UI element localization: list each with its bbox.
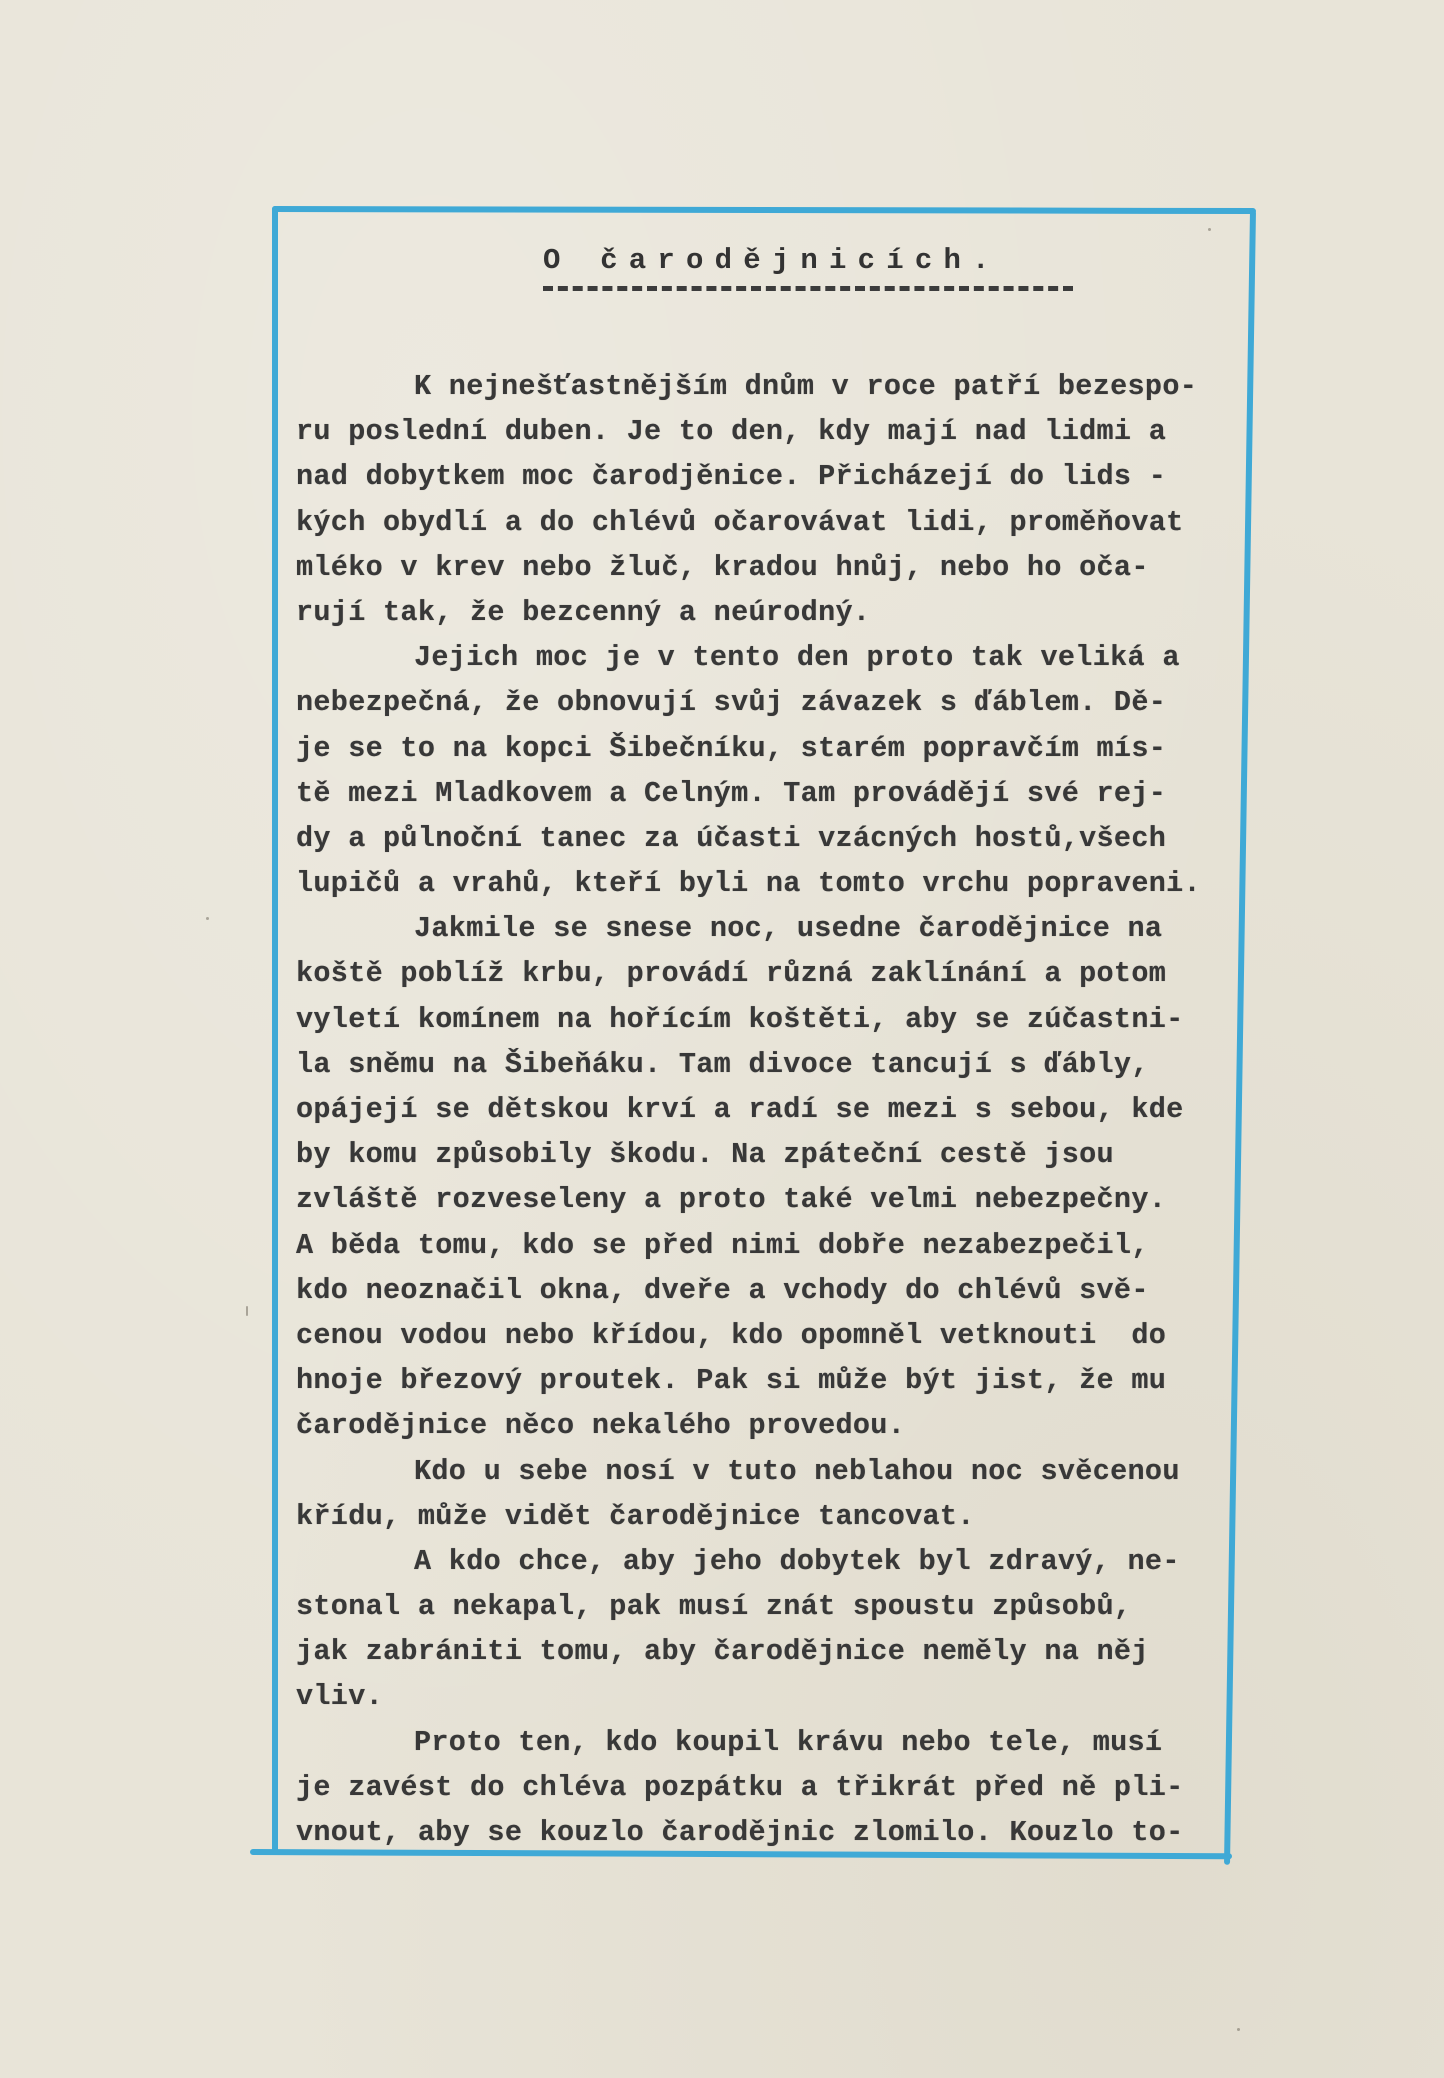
text-line: tě mezi Mladkovem a Celným. Tam prováděj… [296,771,1256,816]
text-line: Jejich moc je v tento den proto tak veli… [296,635,1256,680]
text-line: cenou vodou nebo křídou, kdo opomněl vet… [296,1313,1256,1358]
text-line: la sněmu na Šibeňáku. Tam divoce tancují… [296,1042,1256,1087]
text-line: dy a půlnoční tanec za účasti vzácných h… [296,816,1256,861]
paper-speck [206,917,209,920]
text-line: A běda tomu, kdo se před nimi dobře neza… [296,1223,1256,1268]
document-title: O čarodějnicích. [543,244,1001,277]
document-body: K nejnešťastnějším dnům v roce patří bez… [296,364,1256,1855]
paper-speck [246,1306,248,1316]
blue-frame-left-edge [272,206,278,1854]
text-line: lupičů a vrahů, kteří byli na tomto vrch… [296,861,1256,906]
text-line: nebezpečná, že obnovují svůj závazek s ď… [296,680,1256,725]
text-line: stonal a nekapal, pak musí znát spoustu … [296,1584,1256,1629]
text-line: rují tak, že bezcenný a neúrodný. [296,590,1256,635]
text-line: Proto ten, kdo koupil krávu nebo tele, m… [296,1720,1256,1765]
text-line: kých obydlí a do chlévů očarovávat lidi,… [296,500,1256,545]
text-line: Kdo u sebe nosí v tuto neblahou noc svěc… [296,1449,1256,1494]
text-line: čarodějnice něco nekalého provedou. [296,1403,1256,1448]
text-line: kdo neoznačil okna, dveře a vchody do ch… [296,1268,1256,1313]
text-line: mléko v krev nebo žluč, kradou hnůj, neb… [296,545,1256,590]
text-line: je se to na kopci Šibečníku, starém popr… [296,726,1256,771]
text-line: vyletí komínem na hořícím koštěti, aby s… [296,997,1256,1042]
text-line: nad dobytkem moc čarodjěnice. Přicházejí… [296,454,1256,499]
paper-speck [1208,228,1211,231]
blue-frame-top-edge [272,206,1256,214]
text-line: A kdo chce, aby jeho dobytek byl zdravý,… [296,1539,1256,1584]
text-line: hnoje březový proutek. Pak si může být j… [296,1358,1256,1403]
text-line: ru poslední duben. Je to den, kdy mají n… [296,409,1256,454]
text-line: vnout, aby se kouzlo čarodějnic zlomilo.… [296,1810,1256,1855]
text-line: vliv. [296,1674,1256,1719]
text-line: Jakmile se snese noc, usedne čarodějnice… [296,906,1256,951]
text-line: zvláště rozveseleny a proto také velmi n… [296,1177,1256,1222]
text-line: by komu způsobily škodu. Na zpáteční ces… [296,1132,1256,1177]
text-line: koště poblíž krbu, provádí různá zaklíná… [296,951,1256,996]
text-line: K nejnešťastnějším dnům v roce patří bez… [296,364,1256,409]
text-line: opájejí se dětskou krví a radí se mezi s… [296,1087,1256,1132]
paper-speck [1237,2028,1240,2031]
text-line: jak zabrániti tomu, aby čarodějnice nemě… [296,1629,1256,1674]
text-line: je zavést do chléva pozpátku a třikrát p… [296,1765,1256,1810]
text-line: křídu, může vidět čarodějnice tancovat. [296,1494,1256,1539]
title-underline [543,286,1073,291]
